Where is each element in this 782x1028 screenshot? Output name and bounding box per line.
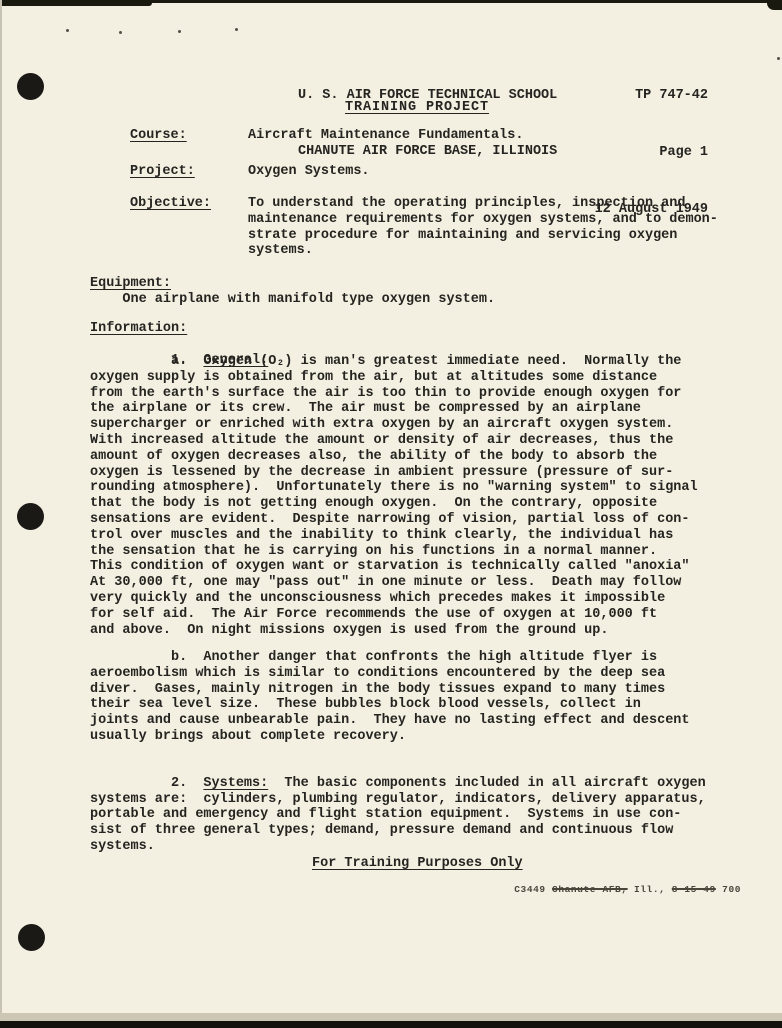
project-value: Oxygen Systems.	[248, 164, 370, 180]
information-item-2: 2. Systems: The basic components include…	[90, 760, 706, 871]
scan-speck	[777, 57, 780, 60]
objective-label: Objective:	[130, 196, 211, 212]
information-heading: Information:	[90, 321, 187, 337]
scan-speck	[178, 30, 181, 33]
stamp-part: Ill.,	[628, 884, 672, 895]
item-2-number: 2.	[122, 776, 203, 791]
course-value: Aircraft Maintenance Fundamentals.	[248, 128, 523, 144]
stamp-part: Chanute AFB,	[552, 884, 628, 895]
scan-speck	[119, 31, 122, 34]
hole-punch	[18, 924, 45, 951]
footer-motto: For Training Purposes Only	[312, 856, 523, 872]
document-page: U. S. AIR FORCE TECHNICAL SCHOOL CHANUTE…	[0, 0, 782, 1028]
scan-speck	[66, 29, 69, 32]
doc-number: TP 747-42	[595, 86, 708, 105]
hole-punch	[17, 503, 44, 530]
paragraph-1a: a. Oxygen (O₂) is man's greatest immedia…	[90, 354, 698, 638]
print-stamp: C3449 Chanute AFB, Ill., 8-15-49 700	[489, 873, 741, 906]
school-base: CHANUTE AIR FORCE BASE, ILLINOIS	[298, 143, 557, 162]
course-label: Course:	[130, 128, 187, 144]
page-title: TRAINING PROJECT	[345, 100, 489, 116]
scan-edge-top-right	[767, 0, 782, 10]
equipment-body: One airplane with manifold type oxygen s…	[90, 292, 495, 308]
scan-edge-top-left	[0, 0, 152, 6]
scan-edge-left	[0, 0, 2, 1028]
scan-edge-bottom	[0, 1021, 782, 1028]
page-number: Page 1	[595, 143, 708, 162]
equipment-heading: Equipment:	[90, 276, 171, 292]
stamp-part: 8-15-49	[672, 884, 716, 895]
project-label: Project:	[130, 164, 195, 180]
stamp-part: C3449	[514, 884, 552, 895]
objective-value: To understand the operating principles, …	[248, 196, 718, 259]
scan-speck	[235, 28, 238, 31]
stamp-part: 700	[716, 884, 741, 895]
hole-punch	[17, 73, 44, 100]
item-2-heading: Systems:	[203, 776, 268, 791]
paragraph-1b: b. Another danger that confronts the hig…	[90, 650, 690, 745]
